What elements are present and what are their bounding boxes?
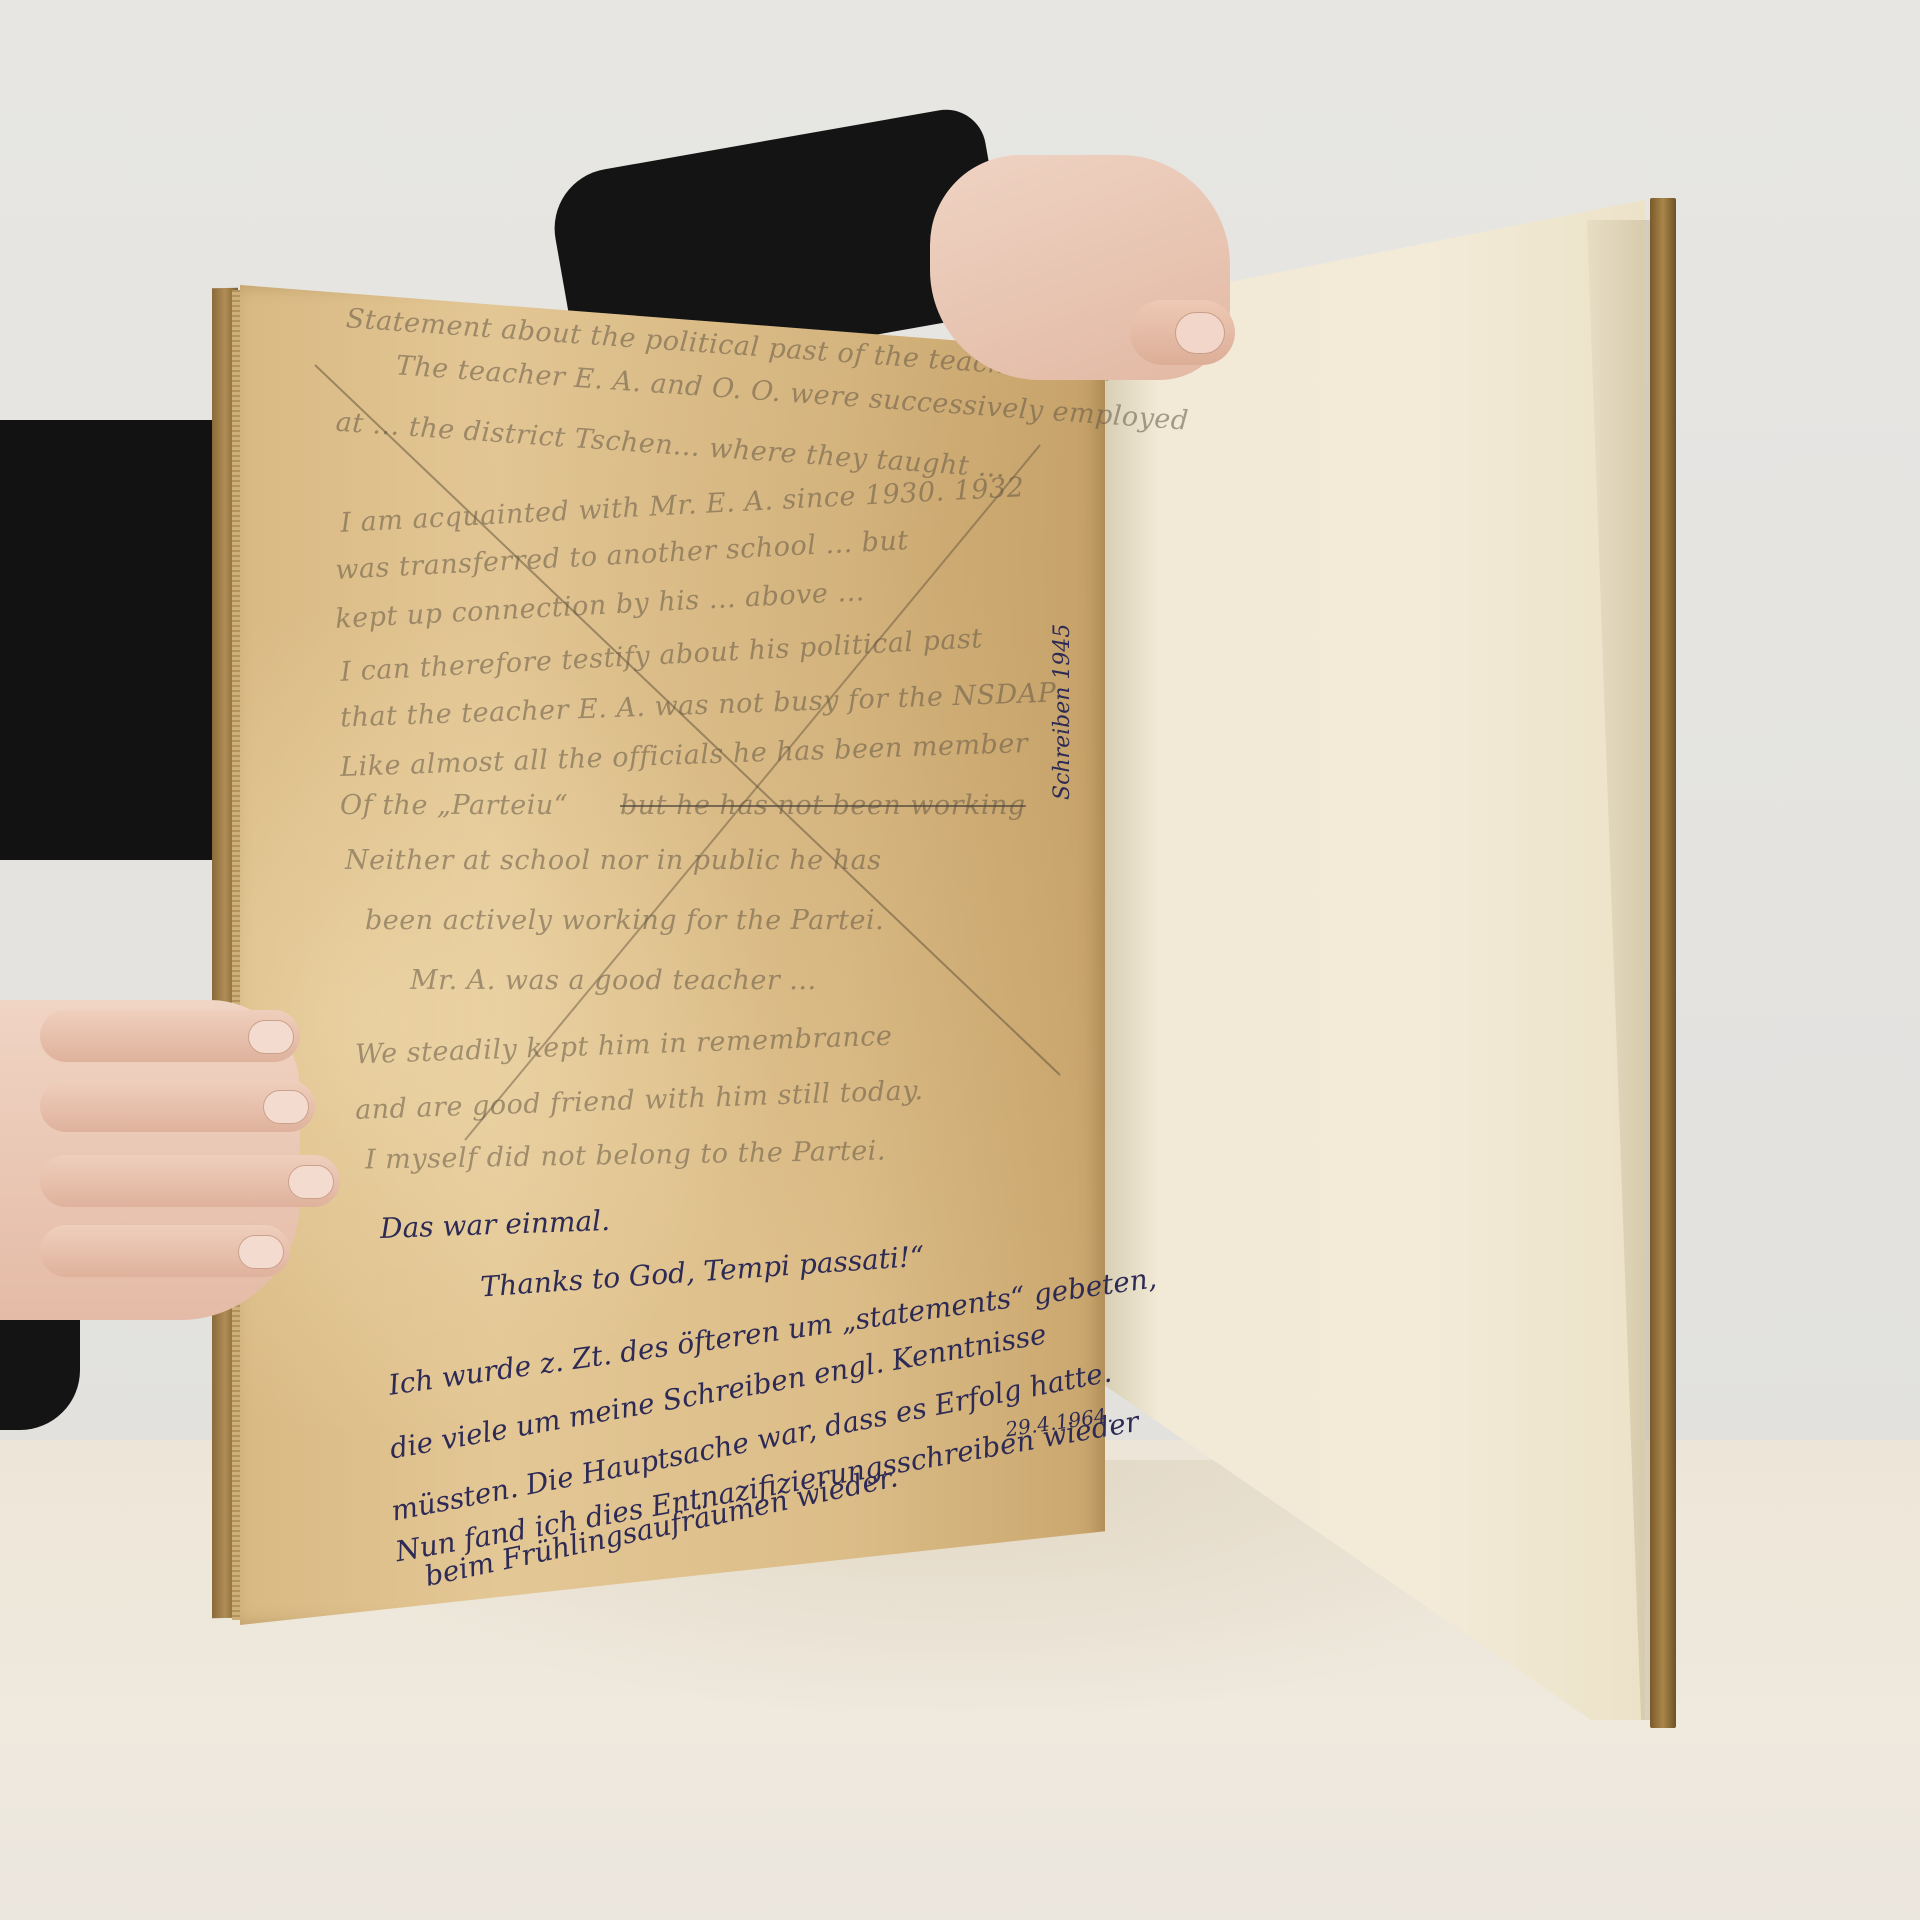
pencil-line-13: Mr. A. was a good teacher ... bbox=[410, 965, 817, 996]
left-middle-finger bbox=[40, 1080, 315, 1132]
pencil-line-10: Of the „Parteiu“ bbox=[340, 790, 568, 821]
struck-out-text: but he has not been working bbox=[620, 790, 1026, 821]
photo-scene: Statement about the political past of th… bbox=[0, 0, 1920, 1920]
margin-note-vertical: Schreiben 1945 bbox=[1050, 624, 1075, 800]
top-thumbnail bbox=[1175, 312, 1225, 354]
fingernail bbox=[238, 1235, 284, 1269]
pencil-line-12: been actively working for the Partei. bbox=[365, 905, 884, 936]
book-cover-right bbox=[1650, 198, 1676, 1728]
fingernail bbox=[288, 1165, 334, 1199]
fingernail bbox=[263, 1090, 309, 1124]
fingernail bbox=[248, 1020, 294, 1054]
pencil-line-11: Neither at school nor in public he has bbox=[345, 845, 882, 876]
left-little-finger bbox=[40, 1225, 290, 1277]
left-index-finger bbox=[40, 1010, 300, 1062]
left-ring-finger bbox=[40, 1155, 340, 1207]
